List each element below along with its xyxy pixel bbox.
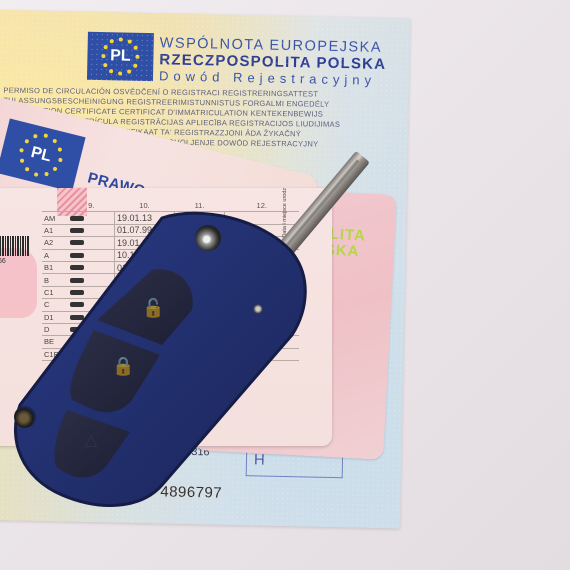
reg-title-line3: Dowód Rejestracyjny [159, 68, 376, 88]
eu-star-icon [101, 54, 105, 58]
key-ring-hole [14, 406, 36, 428]
reg-title-line1: WSPÓLNOTA EUROPEJSKA [160, 35, 383, 56]
key-led-indicator [253, 304, 263, 314]
eu-stars [87, 32, 154, 81]
eu-star-icon [127, 40, 131, 44]
fine-line: PERMISO DE CIRCULACIÓN OSVĚDČENÍ O REGIS… [3, 86, 393, 101]
eu-star-icon [118, 72, 122, 76]
eu-star-icon [119, 37, 123, 41]
eu-star-icon [19, 148, 24, 153]
eu-star-icon [58, 147, 63, 152]
reg-title-line2: RZECZPOSPOLITA POLSKA [159, 51, 386, 73]
eu-star-icon [58, 158, 63, 163]
eu-star-icon [109, 69, 113, 73]
lock-open-icon[interactable]: 🔓 [142, 298, 164, 319]
flag-country-code: PL [110, 47, 131, 65]
eu-flag-icon: PL [0, 119, 86, 192]
eu-star-icon [43, 133, 48, 138]
eu-star-icon [136, 55, 140, 59]
eu-star-icon [25, 167, 30, 172]
eu-star-icon [24, 139, 29, 144]
barcode-number: 66 [0, 258, 6, 265]
key-fob [12, 210, 312, 510]
car-trunk-icon[interactable]: △ [85, 430, 97, 450]
eu-star-icon [53, 167, 58, 172]
eu-star-icon [133, 63, 137, 67]
eu-star-icon [44, 172, 49, 177]
eu-star-icon [110, 39, 114, 43]
eu-star-icon [104, 45, 108, 49]
photo-scene: PL WSPÓLNOTA EUROPEJSKA RZECZPOSPOLITA P… [0, 0, 570, 570]
eu-star-icon [127, 70, 131, 74]
eu-star-icon [134, 46, 138, 50]
eu-star-icon [53, 138, 58, 143]
key-release-button[interactable] [195, 225, 221, 251]
fine-line: ZULASSUNGSBESCHEINIGUNG REGISTREERIMISTU… [3, 96, 393, 111]
eu-star-icon [19, 158, 24, 163]
eu-star-icon [103, 63, 107, 67]
eu-star-icon [33, 133, 38, 138]
lock-icon[interactable]: 🔒 [112, 356, 134, 377]
eu-star-icon [34, 172, 39, 177]
eu-flag-icon: PL [87, 32, 154, 81]
hologram-text: LITA SKA [328, 227, 366, 261]
